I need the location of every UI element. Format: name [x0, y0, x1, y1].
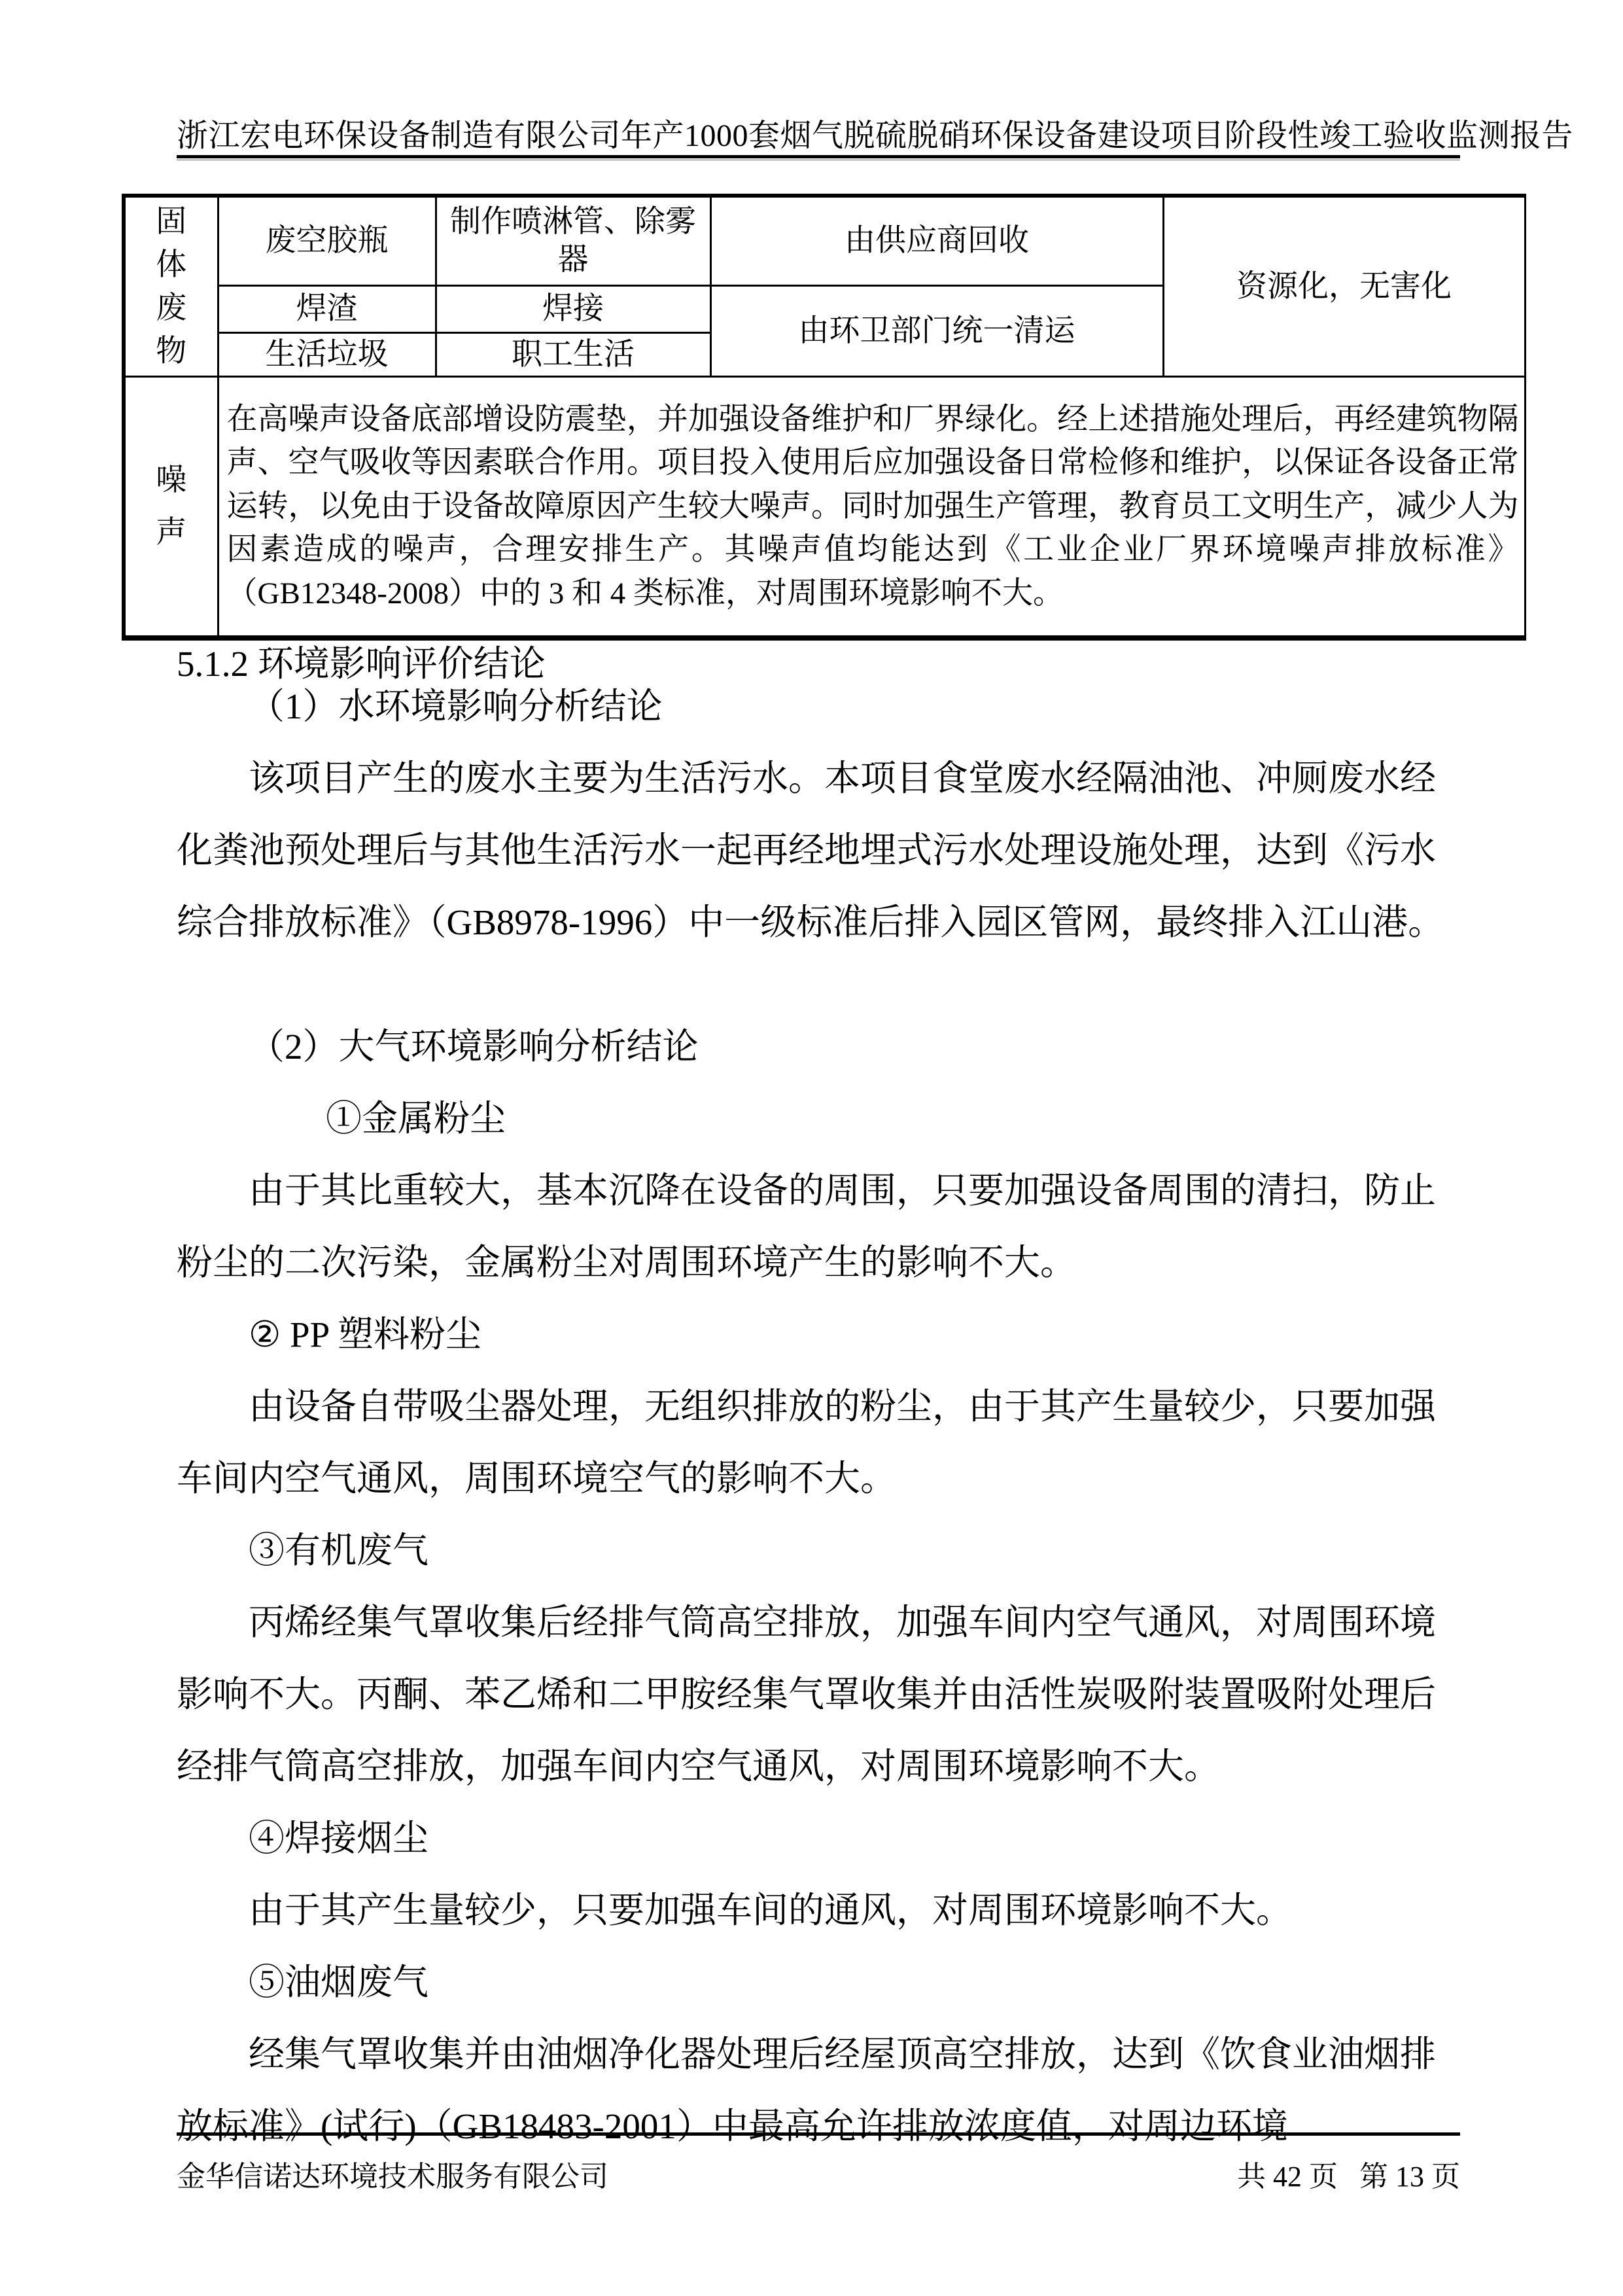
item-heading: ④焊接烟尘: [177, 1803, 1531, 1875]
report-title: 浙江宏电环保设备制造有限公司年产1000套烟气脱硫脱硝环保设备建设项目阶段性竣工…: [177, 110, 1465, 155]
noise-measures-cell: 在高噪声设备底部增设防震垫，并加强设备维护和厂界绿化。经上述措施处理后，再经建筑…: [218, 376, 1525, 638]
paragraph: 由于其产生量较少，只要加强车间的通风，对周围环境影响不大。: [177, 1875, 1459, 1947]
paragraph: 由于其比重较大，基本沉降在设备的周围，只要加强设备周围的清扫，防止粉尘的二次污染…: [177, 1155, 1459, 1299]
waste-name-cell: 焊渣: [218, 285, 436, 332]
item-heading: ② PP 塑料粉尘: [177, 1299, 1531, 1371]
category-label: 噪声: [152, 454, 191, 559]
paragraph-water: 该项目产生的废水主要为生活污水。本项目食堂废水经隔油池、冲厕废水经化粪池预处理后…: [177, 743, 1459, 959]
table-row-noise: 噪声 在高噪声设备底部增设防震垫，并加强设备维护和厂界绿化。经上述措施处理后，再…: [124, 376, 1525, 638]
waste-source-text: 制作喷淋管、除雾器: [450, 205, 696, 277]
waste-disposal-cell: 由环卫部门统一清运: [710, 285, 1163, 376]
header-divider-thin: [177, 160, 1460, 160]
table-row: 固体废物 废空胶瓶 制作喷淋管、除雾器 由供应商回收 资源化，无害化: [124, 196, 1525, 285]
category-label: 固体废物: [152, 200, 191, 373]
item-heading: ①金属粉尘: [177, 1083, 1608, 1155]
effect-cell: 资源化，无害化: [1163, 196, 1525, 376]
waste-disposal-cell: 由供应商回收: [710, 196, 1163, 285]
header-divider: [177, 155, 1460, 158]
page-number: 共 42 页 第 13 页: [1237, 2153, 1460, 2195]
item-heading: ③有机废气: [177, 1515, 1531, 1587]
paragraph: 由设备自带吸尘器处理，无组织排放的粉尘，由于其产生量较少，只要加强车间内空气通风…: [177, 1371, 1459, 1515]
category-cell-noise: 噪声: [124, 376, 218, 638]
footer-divider: [177, 2132, 1460, 2136]
waste-name-cell: 生活垃圾: [218, 332, 436, 376]
item-heading: ⑤油烟废气: [177, 1947, 1531, 2019]
category-cell-solid-waste: 固体废物: [124, 196, 218, 376]
waste-source-cell: 职工生活: [436, 332, 710, 376]
subsection-heading-air: （2）大气环境影响分析结论: [177, 1011, 1531, 1083]
footer-company: 金华信诺达环境技术服务有限公司: [177, 2153, 608, 2195]
waste-name-cell: 废空胶瓶: [218, 196, 436, 285]
pollution-control-table: 固体废物 废空胶瓶 制作喷淋管、除雾器 由供应商回收 资源化，无害化 焊渣 焊接…: [122, 194, 1526, 641]
paragraph: 丙烯经集气罩收集后经排气筒高空排放，加强车间内空气通风，对周围环境影响不大。丙酮…: [177, 1587, 1459, 1803]
waste-source-cell: 制作喷淋管、除雾器: [436, 196, 710, 285]
subsection-heading-water: （1）水环境影响分析结论: [177, 671, 1531, 743]
waste-source-cell: 焊接: [436, 285, 710, 332]
paragraph: 经集气罩收集并由油烟净化器处理后经屋顶高空排放，达到《饮食业油烟排放标准》(试行…: [177, 2019, 1459, 2163]
